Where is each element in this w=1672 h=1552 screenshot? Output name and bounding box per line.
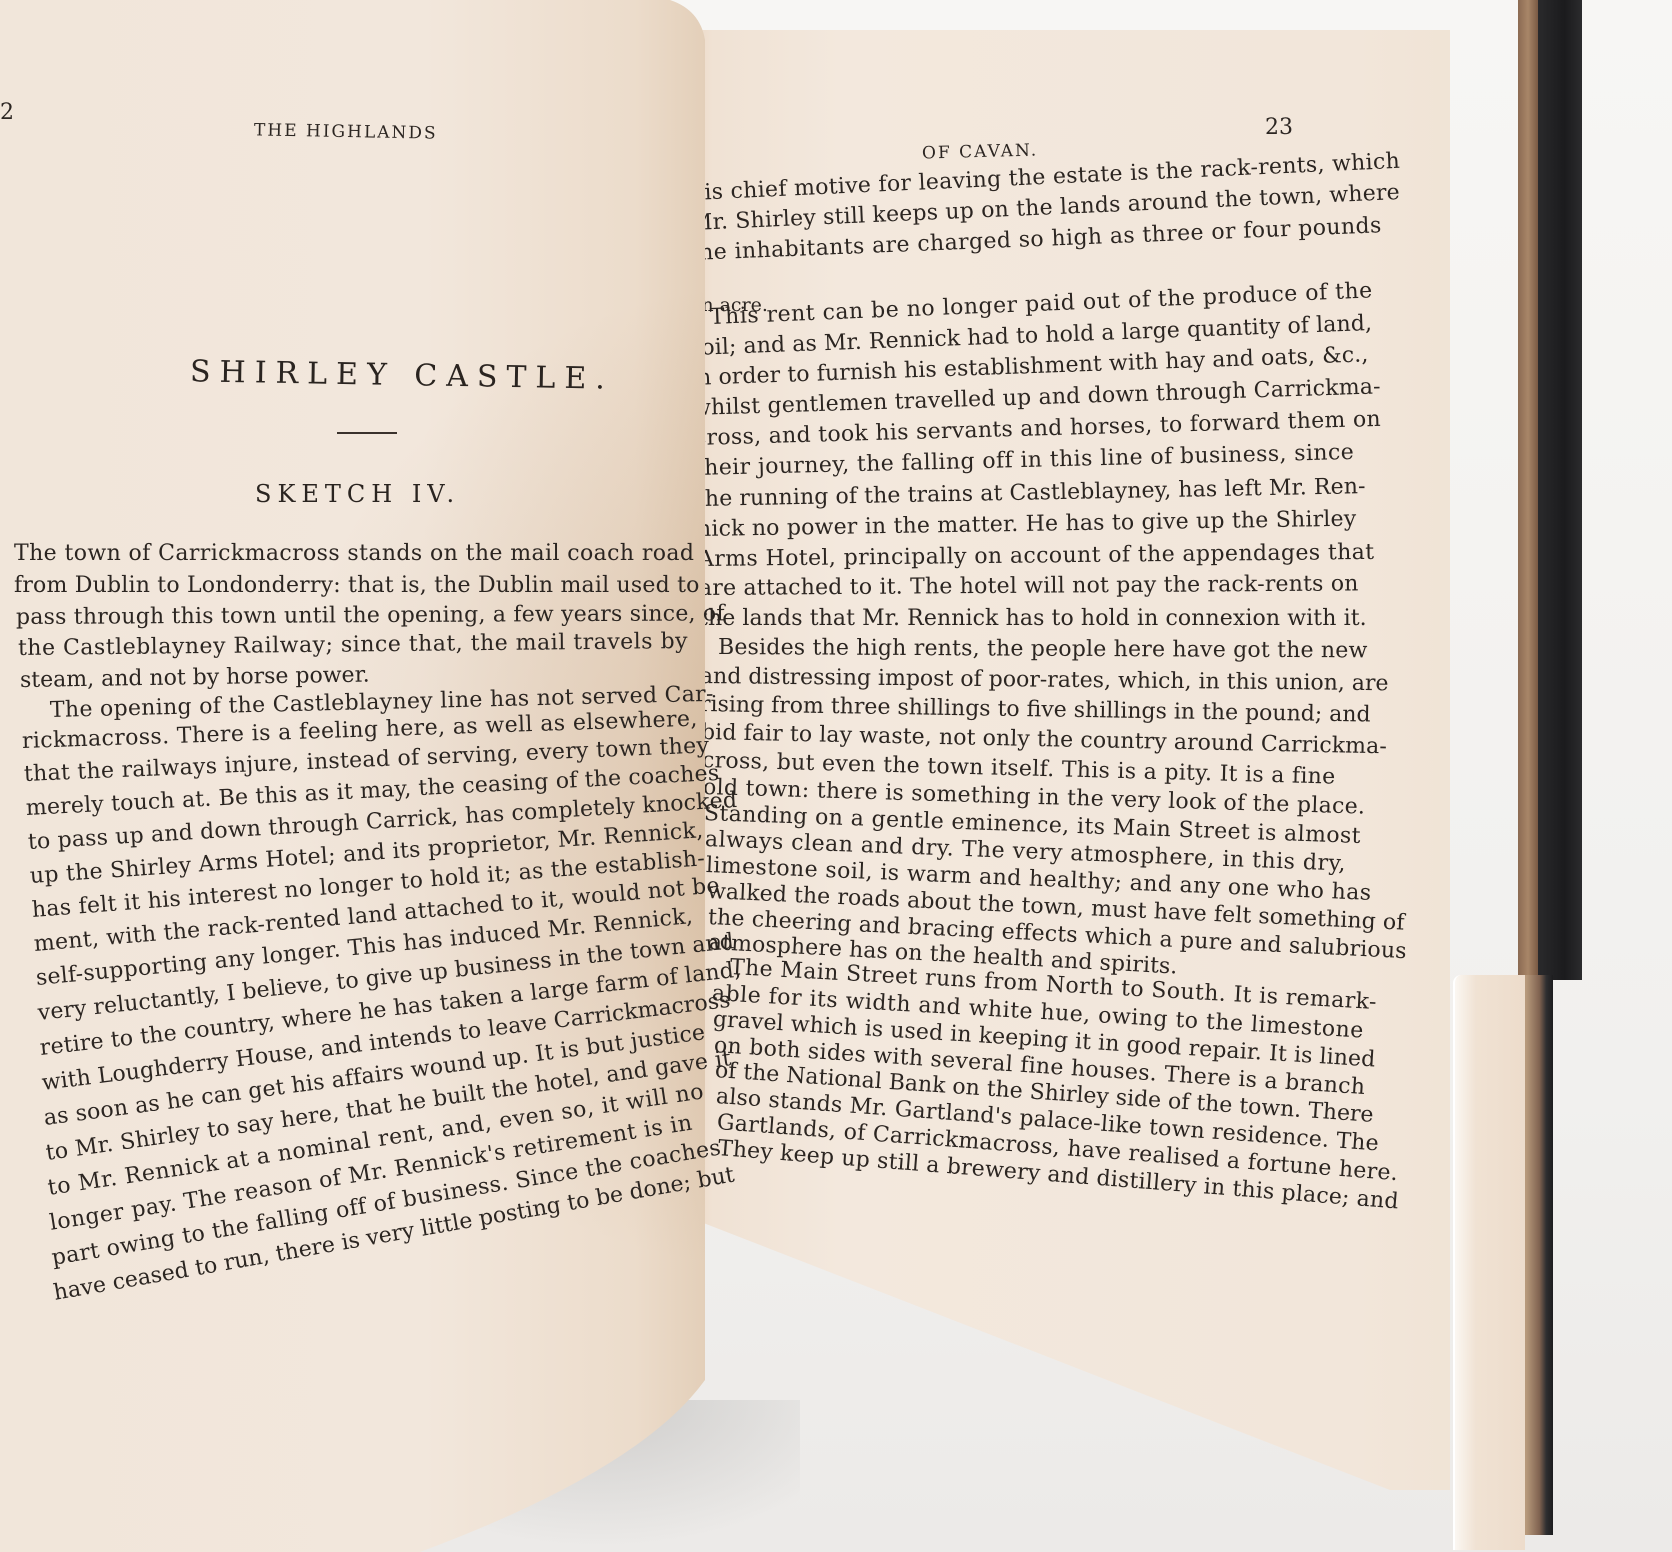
sketch-heading: SKETCH IV. bbox=[255, 480, 460, 508]
text-line: steam, and not by horse power. bbox=[20, 665, 370, 692]
text-line: The town of Carrickmacross stands on the… bbox=[14, 543, 694, 565]
page-block-edge bbox=[1518, 0, 1538, 985]
text-line: from Dublin to Londonderry: that is, the… bbox=[14, 575, 700, 597]
page-number-left: 2 bbox=[0, 100, 14, 125]
text-line: are attached to it. The hotel will not p… bbox=[699, 573, 1359, 600]
running-head-right: OF CAVAN. bbox=[922, 140, 1039, 163]
text-line: pass through this town until the opening… bbox=[16, 603, 725, 629]
chapter-title: SHIRLEY CASTLE. bbox=[190, 354, 614, 396]
text-line: Besides the high rents, the people here … bbox=[718, 637, 1368, 662]
photo-scene: 23 OF CAVAN. his chief motive for leavin… bbox=[0, 0, 1672, 1552]
title-rule bbox=[337, 432, 397, 434]
book-cover-edge bbox=[1538, 0, 1582, 980]
running-head-left: THE HIGHLANDS bbox=[254, 120, 438, 143]
turned-leaf bbox=[1453, 975, 1525, 1550]
page-number-right: 23 bbox=[1265, 115, 1293, 140]
text-line: the lands that Mr. Rennick has to hold i… bbox=[699, 608, 1367, 630]
